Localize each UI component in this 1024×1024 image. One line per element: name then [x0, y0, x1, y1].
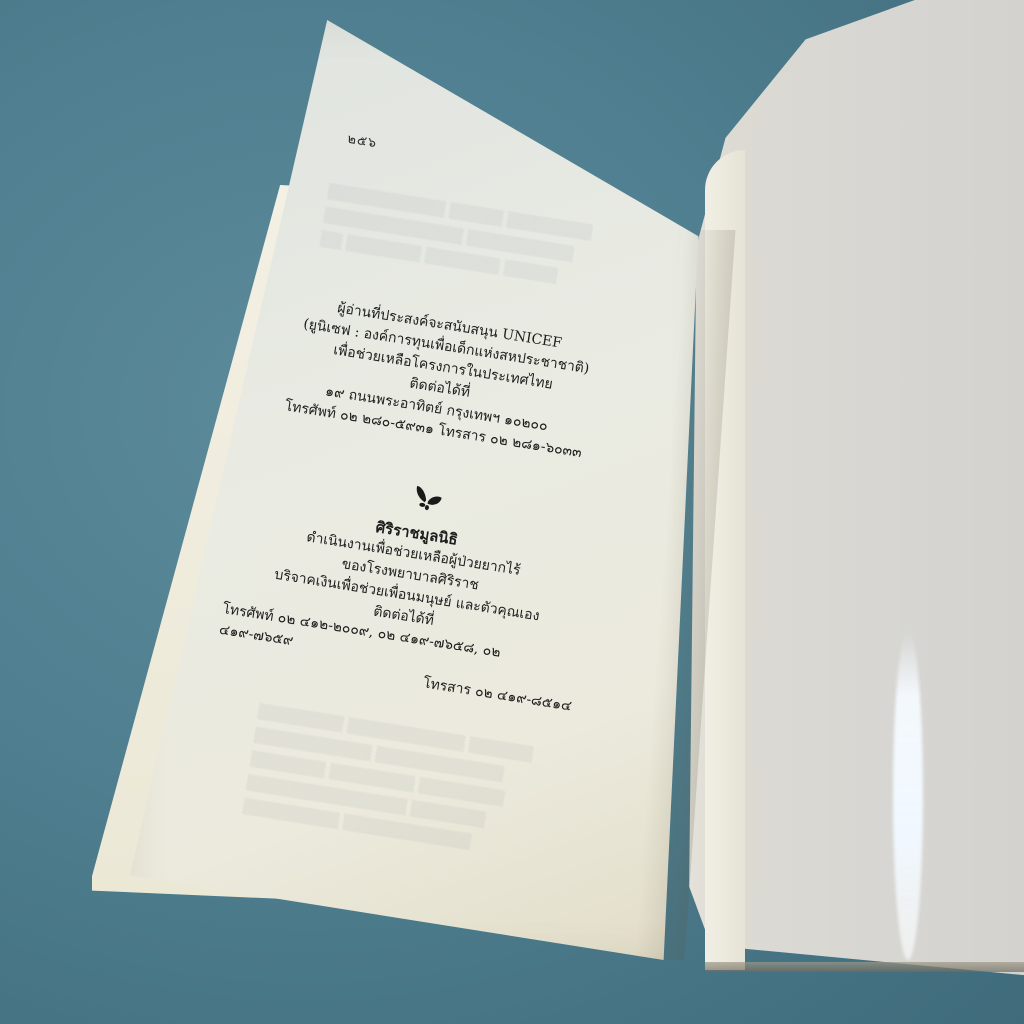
light-glare	[893, 630, 923, 960]
cover-bottom-edge	[705, 962, 1024, 972]
unicef-contact-block: ผู้อ่านที่ประสงค์จะสนับสนุน UNICEF (ยูนิ…	[254, 288, 629, 469]
photo-scene: ▒▒▒▒▒▒▒▒▒▒▒ ▒▒▒▒▒ ▒▒▒▒▒▒▒▒ ▒▒▒▒▒▒▒▒▒▒▒▒▒…	[0, 0, 1024, 1024]
page-number: ๒๕๖	[346, 128, 379, 153]
butterfly-icon	[411, 482, 445, 512]
siriraj-foundation-block: ศิริราชมูลนิธิ ดำเนินงานเพื่อช่วยเหลือผู…	[214, 495, 596, 717]
